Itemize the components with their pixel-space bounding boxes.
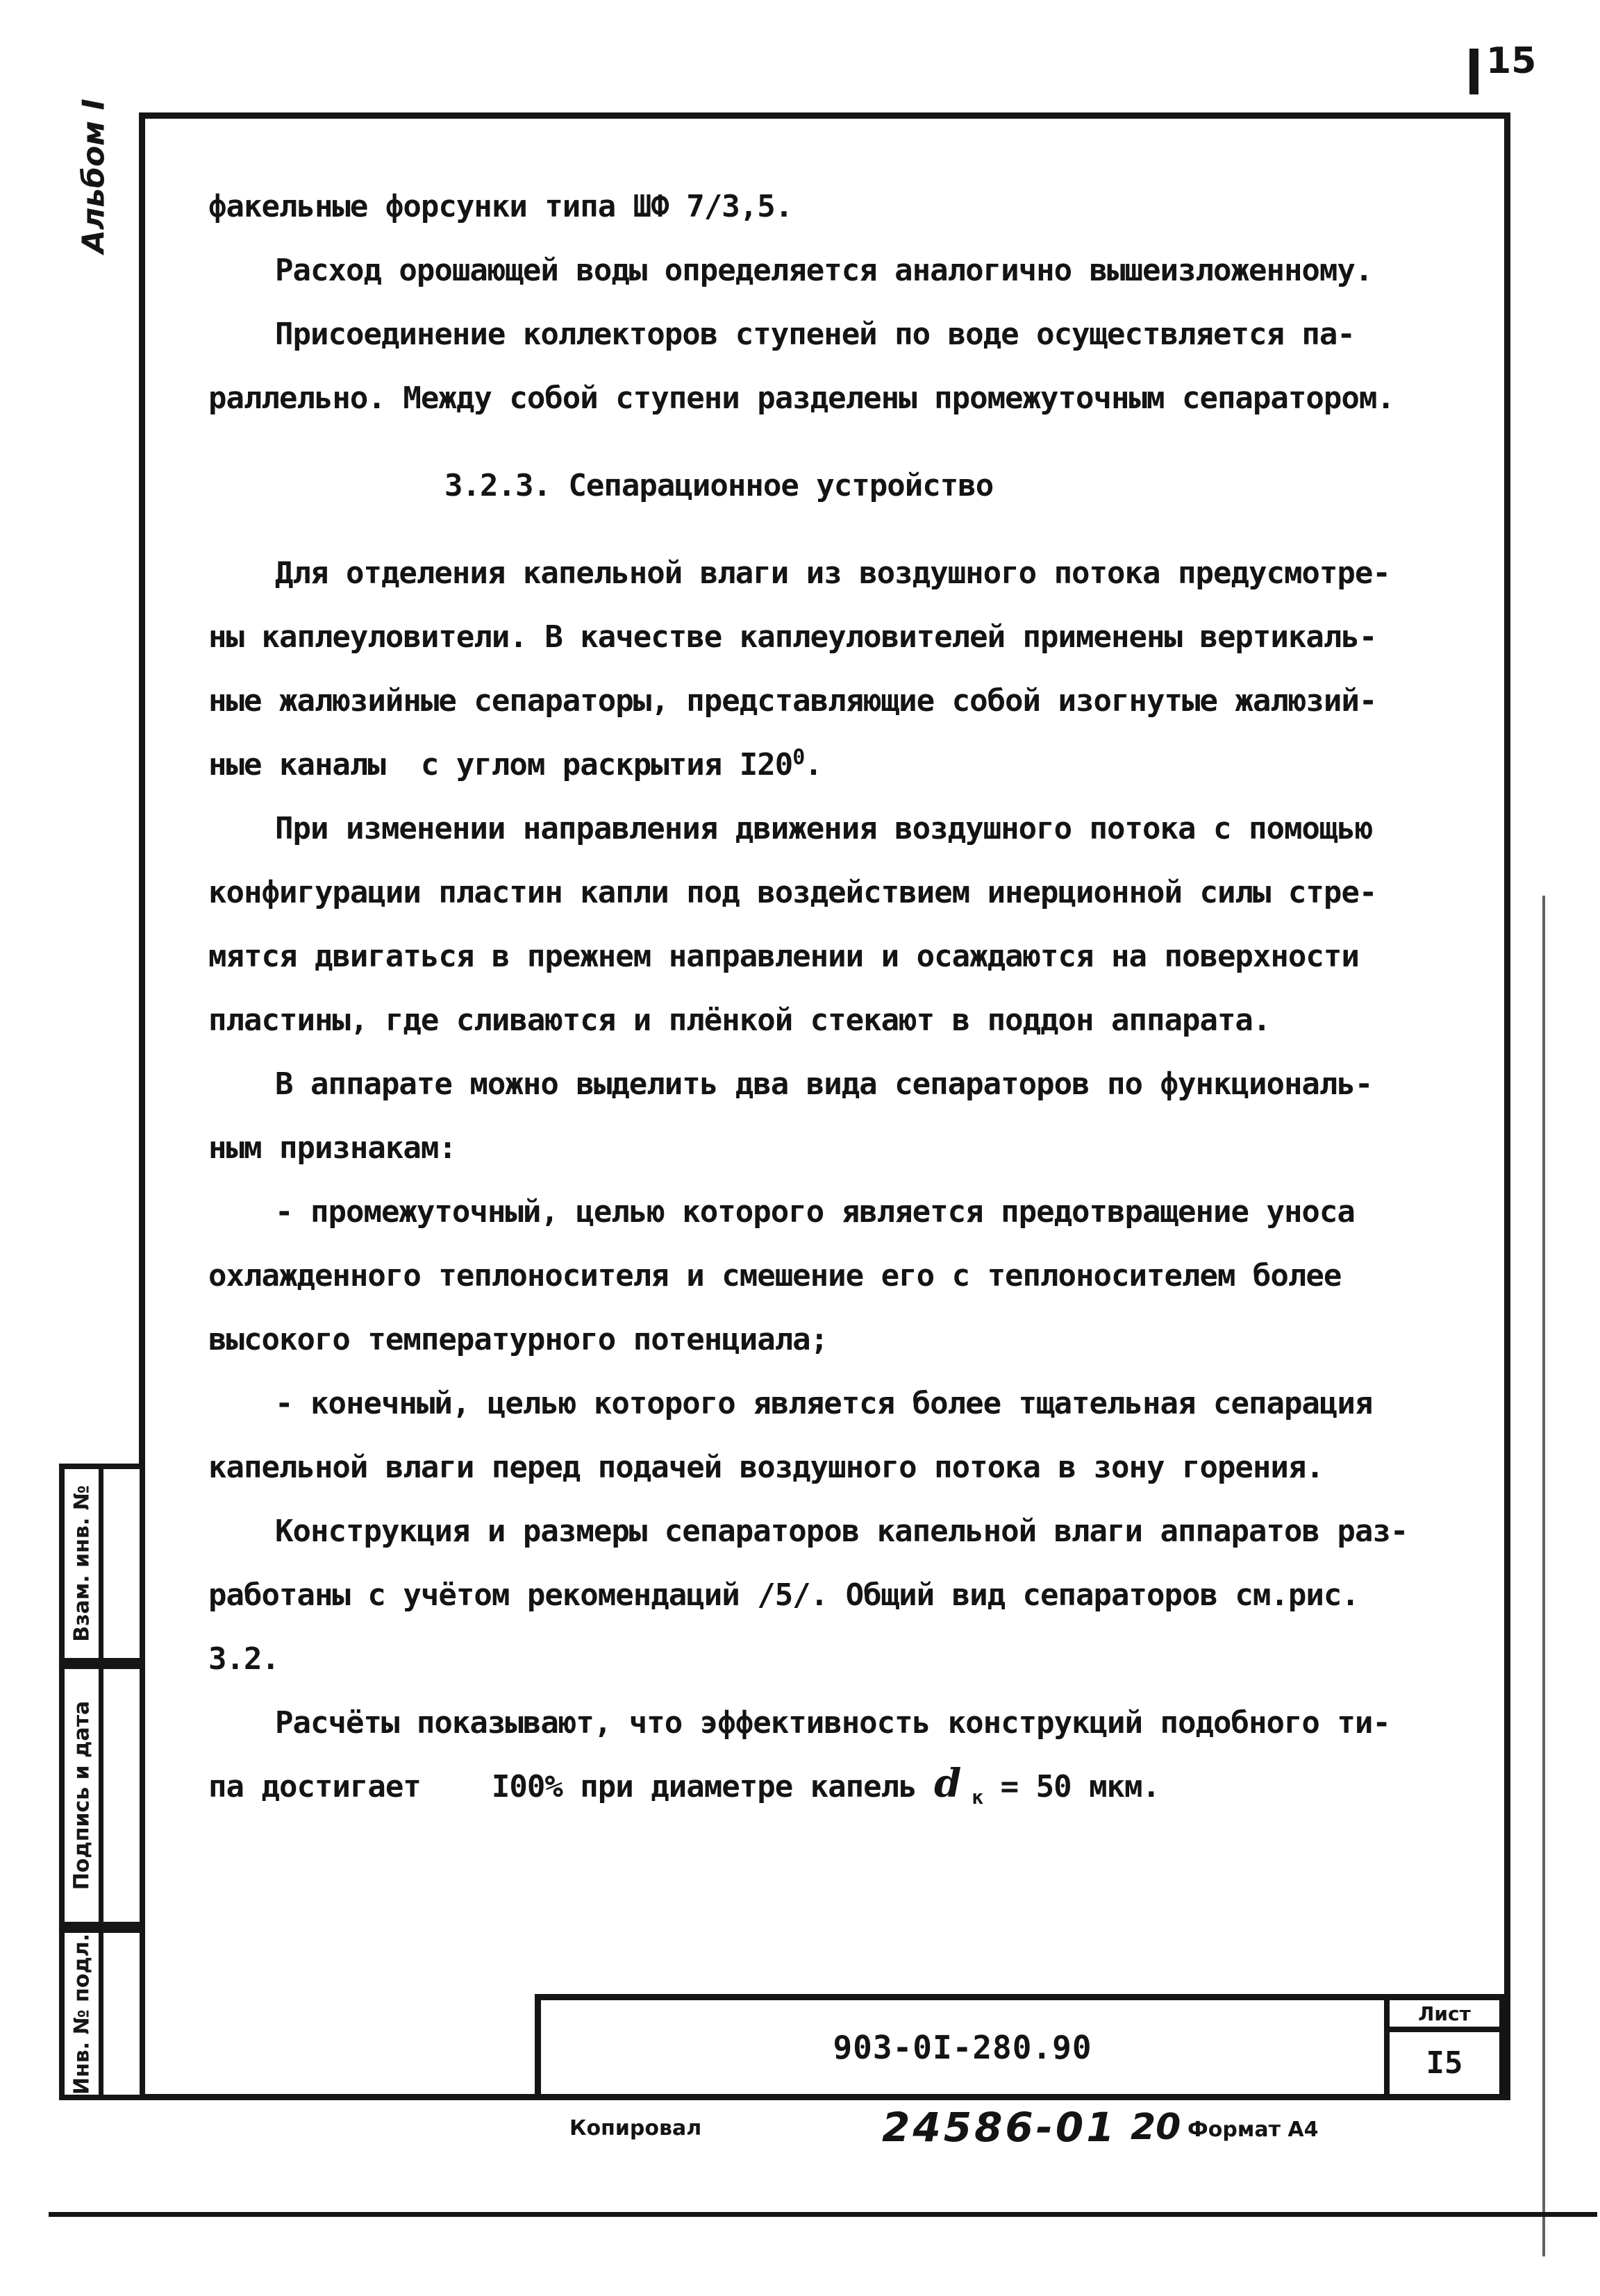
text-line: При изменении направления движения возду… [208,797,1472,861]
text-line: Расход орошающей воды определяется анало… [208,239,1472,303]
subscript: к [972,1786,983,1809]
order-number: 24586-01 [882,2104,1117,2151]
stamp-cell-label: Взам. инв. № [69,1485,94,1642]
text-line: ны каплеуловители. В качестве каплеулови… [208,605,1472,669]
title-block: 903-0I-280.90 Лист I5 [535,1994,1506,2100]
text-line: - конечный, целью которого является боле… [208,1372,1472,1436]
text-line: конфигурации пластин капли под воздейств… [208,861,1472,925]
stamp-cell-label: Инв. № подл. [69,1933,94,2094]
page-number: 15 [1486,40,1536,82]
text-line: охлажденного теплоносителя и смешение ег… [208,1244,1472,1308]
text-line: пластины, где сливаются и плёнкой стекаю… [208,989,1472,1053]
handwritten-variable-d: d [934,1761,960,1807]
stamp-cell-label-col: Подпись и дата [65,1669,103,1922]
text-line: работаны с учётом рекомендаций /5/. Общи… [208,1564,1472,1627]
superscript: 0 [792,745,804,769]
text-line: па достигает I00% при диаметре капель dк… [208,1755,1472,1819]
stamp-cell-label: Подпись и дата [69,1701,94,1890]
text-line: раллельно. Между собой ступени разделены… [208,367,1472,430]
sheet-count: 20 [1131,2106,1181,2148]
stamp-cell-inv-podl: Инв. № подл. [59,1927,145,2100]
text-line: факельные форсунки типа ШФ 7/3,5. [208,175,1472,239]
text-line: - промежуточный, целью которого является… [208,1180,1472,1244]
scanned-document-page: { "page": { "page_number_top": "15", "al… [0,0,1600,2296]
sheet-number: I5 [1390,2032,1499,2094]
section-heading: 3.2.3. Сепарационное устройство [208,454,1472,518]
text-line: капельной влаги перед подачей воздушного… [208,1436,1472,1500]
text-line: Присоединение коллекторов ступеней по во… [208,303,1472,367]
text-line: В аппарате можно выделить два вида сепар… [208,1053,1472,1116]
stamp-cell-podpis-data: Подпись и дата [59,1664,145,1927]
document-number: 903-0I-280.90 [541,2000,1390,2094]
scan-edge-bottom-line [49,2212,1597,2217]
page-corner-tick [1469,49,1478,94]
text-line: высокого температурного потенциала; [208,1308,1472,1372]
scan-edge-vertical-line [1542,896,1545,2256]
document-text: факельные форсунки типа ШФ 7/3,5.Расход … [208,175,1472,1819]
format-label: Формат А4 [1187,2118,1319,2142]
text-line: мятся двигаться в прежнем направлении и … [208,925,1472,989]
text-line: Для отделения капельной влаги из воздушн… [208,542,1472,605]
text-line: ным признакам: [208,1116,1472,1180]
stamp-cell-vzam-inv: Взам. инв. № [59,1464,145,1664]
stamp-cell-label-col: Инв. № подл. [65,1933,103,2095]
text-line: Конструкция и размеры сепараторов капель… [208,1500,1472,1564]
text-line: Расчёты показывают, что эффективность ко… [208,1691,1472,1755]
sheet-label: Лист [1390,2000,1499,2032]
text-line: ные жалюзийные сепараторы, представляющи… [208,669,1472,733]
stamp-cell-label-col: Взам. инв. № [65,1469,103,1658]
text-line: ные каналы с углом раскрытия I200. [208,733,1472,797]
copied-label: Копировал [569,2116,701,2140]
text-line: 3.2. [208,1627,1472,1691]
sheet-box: Лист I5 [1390,2000,1499,2094]
